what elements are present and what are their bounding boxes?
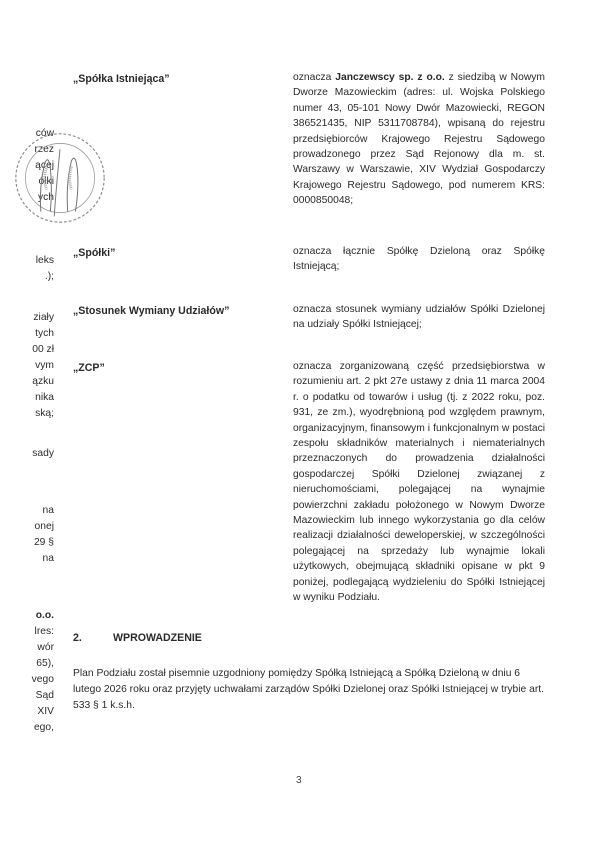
document-page: ców rzez ącej ółki ych leks .); ziały ty…	[0, 0, 595, 852]
margin-fragment: ziały	[33, 310, 54, 326]
margin-fragment: 00 zł	[32, 342, 54, 358]
definition-term: „Stosunek Wymiany Udziałów”	[73, 305, 229, 317]
margin-fragment: leks	[36, 253, 54, 269]
margin-fragment: wór	[37, 640, 54, 656]
section-number: 2.	[73, 632, 113, 644]
margin-fragment: o.o.	[36, 608, 54, 624]
margin-fragment: ską;	[35, 406, 54, 422]
definition-text: oznacza zorganizowaną część przedsiębior…	[293, 359, 545, 606]
company-name: Janczewscy sp. z o.o.	[335, 72, 445, 83]
definition-text: oznacza Janczewscy sp. z o.o. z siedzibą…	[293, 70, 545, 209]
margin-fragment: ązku	[32, 374, 54, 390]
margin-fragment: vego	[32, 672, 54, 688]
margin-fragment: onej	[35, 519, 54, 535]
margin-fragment: .);	[45, 269, 54, 285]
definition-prefix: oznacza	[293, 72, 335, 83]
margin-fragment: ego,	[34, 720, 54, 736]
definition-term: „Spółki”	[73, 247, 115, 259]
margin-fragment: 65),	[36, 656, 54, 672]
margin-fragment: nika	[35, 390, 54, 406]
margin-fragment: XIV	[37, 704, 54, 720]
definition-term: „ZCP”	[73, 362, 105, 374]
margin-fragment: vym	[35, 358, 54, 374]
section-title: WPROWADZENIE	[113, 632, 202, 644]
margin-fragment: 29 §	[34, 535, 54, 551]
margin-fragment: na	[43, 503, 54, 519]
margin-fragment: lres:	[35, 624, 54, 640]
definition-text: oznacza łącznie Spółkę Dzieloną oraz Spó…	[293, 244, 545, 275]
section-heading: 2.WPROWADZENIE	[73, 632, 202, 644]
margin-fragment: tych	[35, 326, 54, 342]
definition-term: „Spółka Istniejąca”	[73, 73, 170, 85]
official-seal-stamp-icon	[12, 130, 108, 226]
adjacent-page-margin: ców rzez ącej ółki ych leks .); ziały ty…	[0, 0, 58, 852]
definition-text: oznacza stosunek wymiany udziałów Spółki…	[293, 302, 545, 333]
definition-rest: z siedzibą w Nowym Dworze Mazowieckim (a…	[293, 72, 545, 206]
section-body: Plan Podziału został pisemnie uzgodniony…	[73, 666, 545, 714]
margin-fragment: na	[43, 551, 54, 567]
margin-fragment: sady	[32, 446, 54, 462]
page-number: 3	[296, 775, 302, 786]
margin-fragment: Sąd	[36, 688, 54, 704]
